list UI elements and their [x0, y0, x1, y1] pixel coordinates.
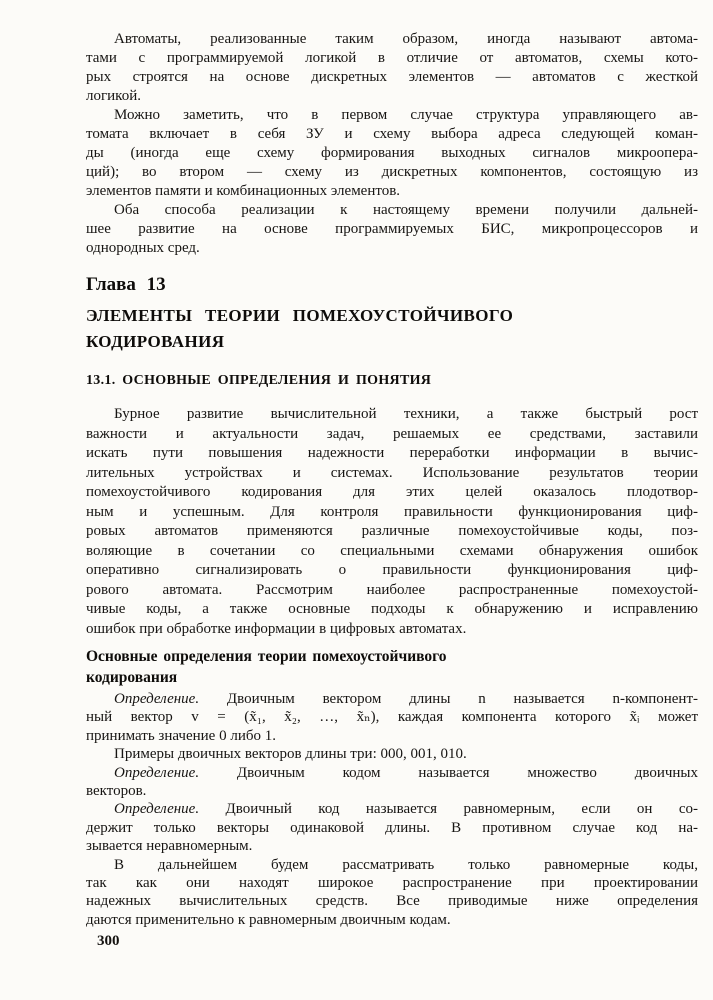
- chapter-title-line-1: ЭЛЕМЕНТЫ ТЕОРИИ ПОМЕХОУСТОЙЧИВОГО: [86, 303, 698, 329]
- text-line: ошибок при обработке информации в цифров…: [86, 620, 698, 640]
- text-line: ды (иногда еще схему формирования выходн…: [86, 144, 698, 163]
- definition-text: Двоичный код называется равномерным, есл…: [225, 801, 698, 817]
- definition-label: Определение.: [114, 691, 199, 707]
- text-line: тами с программируемой логикой в отличие…: [86, 49, 698, 68]
- chapter-heading: Глава 13 ЭЛЕМЕНТЫ ТЕОРИИ ПОМЕХОУСТОЙЧИВО…: [86, 273, 698, 355]
- text-line: Оба способа реализации к настоящему врем…: [86, 201, 698, 220]
- text-line: томата включает в себя ЗУ и схему выбора…: [86, 125, 698, 144]
- definitions-block: Определение. Двоичным вектором длины n н…: [86, 690, 698, 929]
- text-line: надежных вычислительных средств. Все при…: [86, 892, 698, 910]
- text-line: ровых автоматов применяются различные по…: [86, 522, 698, 542]
- text-line: Автоматы, реализованные таким образом, и…: [86, 30, 698, 49]
- intro-paragraph-1: Автоматы, реализованные таким образом, и…: [86, 30, 698, 106]
- text-line: векторов.: [86, 782, 698, 800]
- text-line: однородных сред.: [86, 239, 698, 258]
- definition-text: Двоичным кодом называется множество двои…: [237, 765, 698, 781]
- book-page: Автоматы, реализованные таким образом, и…: [0, 0, 713, 1000]
- section-paragraph: Бурное развитие вычислительной техники, …: [86, 405, 698, 639]
- definition-label: Определение.: [114, 801, 199, 817]
- text-line: важности и актуальности задач, решаемых …: [86, 425, 698, 445]
- page-number: 300: [97, 933, 120, 950]
- section-heading: 13.1. ОСНОВНЫЕ ОПРЕДЕЛЕНИЯ И ПОНЯТИЯ: [86, 372, 698, 390]
- definitions-heading-line-2: кодирования: [86, 667, 698, 688]
- text-line: даются применительно к равномерным двоич…: [86, 911, 698, 929]
- text-line: чивые коды, а также основные подходы к о…: [86, 600, 698, 620]
- text-line: воляющие в сочетании со специальными схе…: [86, 542, 698, 562]
- text-line formula-line: ный вектор v = (x̃₁, x̃₂, …, x̃ₙ), кажда…: [86, 708, 698, 726]
- definition-label: Определение.: [114, 765, 199, 781]
- text-line: шее развитие на основе программируемых Б…: [86, 220, 698, 239]
- definitions-heading-line-1: Основные определения теории помехоустойч…: [86, 646, 698, 667]
- text-line: ным и успешным. Для контроля правильност…: [86, 503, 698, 523]
- chapter-label: Глава 13: [86, 273, 698, 297]
- text-line: Определение. Двоичный код называется рав…: [86, 800, 698, 818]
- text-line: ций); во втором — схему из дискретных ко…: [86, 163, 698, 182]
- text-line: логикой.: [86, 87, 698, 106]
- text-line: Определение. Двоичным кодом называется м…: [86, 764, 698, 782]
- closing-paragraph: В дальнейшем будем рассматривать только …: [86, 856, 698, 930]
- intro-paragraph-3: Оба способа реализации к настоящему врем…: [86, 201, 698, 258]
- text-line: Бурное развитие вычислительной техники, …: [86, 405, 698, 425]
- text-line: рых строятся на основе дискретных элемен…: [86, 68, 698, 87]
- text-line: принимать значение 0 либо 1.: [86, 727, 698, 745]
- text-line: помехоустойчивого кодирования для этих ц…: [86, 483, 698, 503]
- text-line: искать пути повышения надежности перераб…: [86, 444, 698, 464]
- text-line: зывается неравномерным.: [86, 837, 698, 855]
- definition-1: Определение. Двоичным вектором длины n н…: [86, 690, 698, 745]
- intro-paragraph-2: Можно заметить, что в первом случае стру…: [86, 106, 698, 201]
- definitions-heading: Основные определения теории помехоустойч…: [86, 646, 698, 688]
- chapter-title: ЭЛЕМЕНТЫ ТЕОРИИ ПОМЕХОУСТОЙЧИВОГО КОДИРО…: [86, 303, 698, 355]
- text-line: рового автомата. Рассмотрим наиболее рас…: [86, 581, 698, 601]
- text-line: Определение. Двоичным вектором длины n н…: [86, 690, 698, 708]
- definition-3: Определение. Двоичный код называется рав…: [86, 800, 698, 855]
- chapter-title-line-2: КОДИРОВАНИЯ: [86, 329, 698, 355]
- text-line: лительных устройствах и системах. Исполь…: [86, 464, 698, 484]
- text-column: Автоматы, реализованные таким образом, и…: [86, 30, 698, 929]
- text-line: держит только векторы одинаковой длины. …: [86, 819, 698, 837]
- text-line: Можно заметить, что в первом случае стру…: [86, 106, 698, 125]
- definition-text: Двоичным вектором длины n называется n-к…: [227, 691, 698, 707]
- definition-2: Определение. Двоичным кодом называется м…: [86, 764, 698, 801]
- text-line: элементов памяти и комбинационных элемен…: [86, 182, 698, 201]
- examples-line: Примеры двоичных векторов длины три: 000…: [86, 745, 698, 763]
- text-line: так как они находят широкое распростране…: [86, 874, 698, 892]
- text-line: В дальнейшем будем рассматривать только …: [86, 856, 698, 874]
- text-line: оперативно сигнализировать о правильност…: [86, 561, 698, 581]
